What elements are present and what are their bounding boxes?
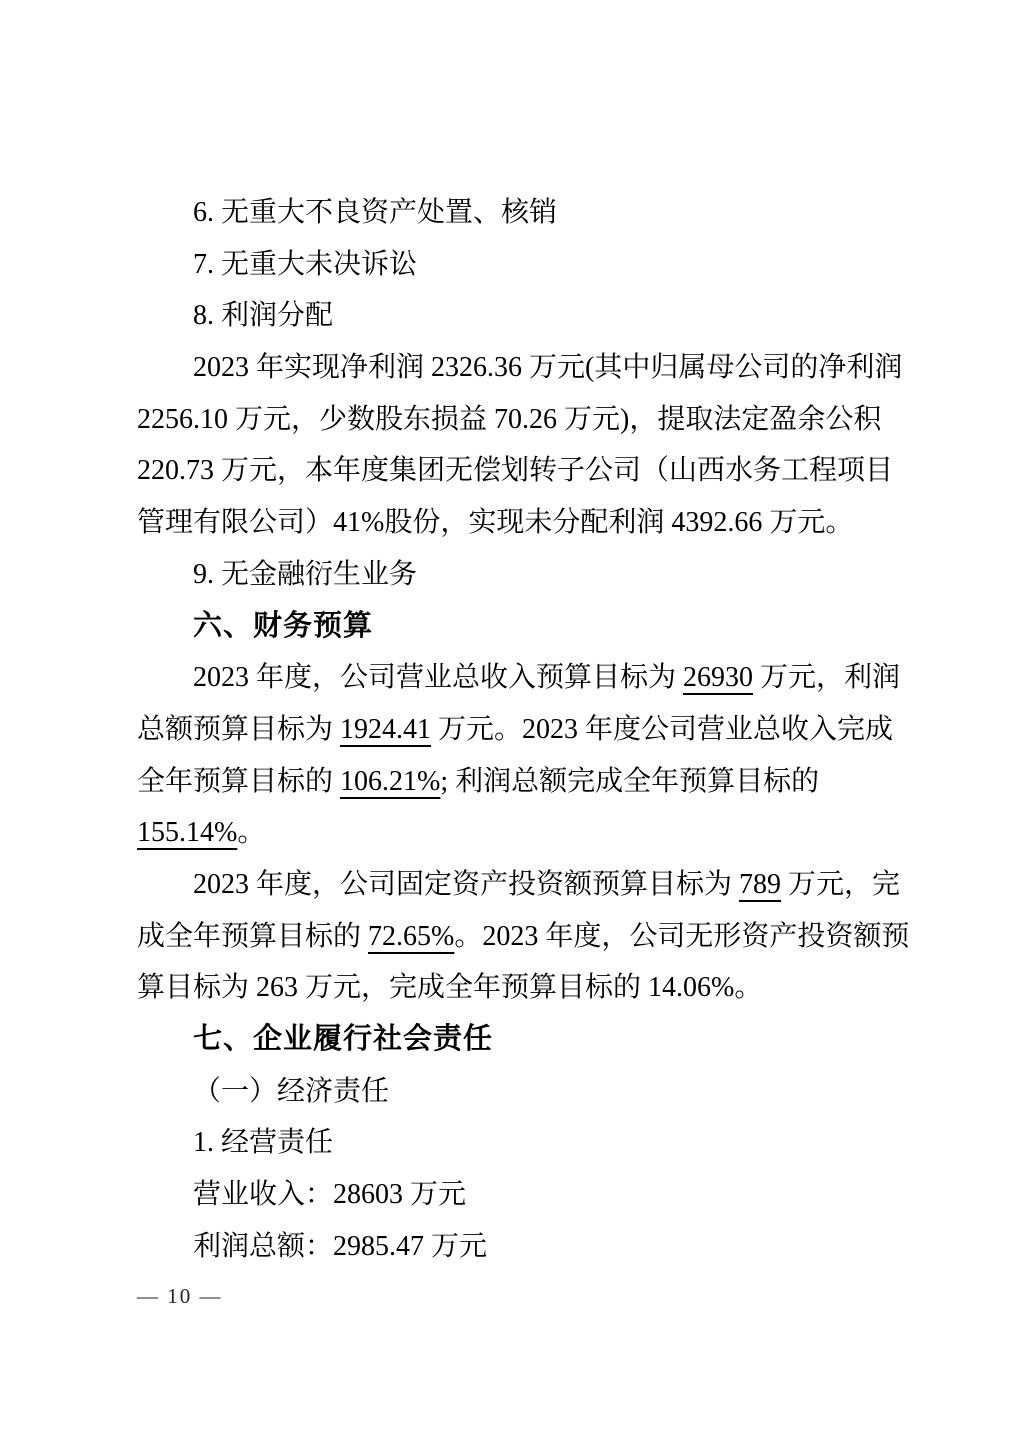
paragraph-budget-invest-line-3: 算目标为 263 万元，完成全年预算目标的 14.06%。 [137,962,907,1014]
operating-revenue-line: 营业收入：28603 万元 [137,1169,907,1221]
underlined-value-fixed-asset-budget: 789 [739,869,781,900]
text-segment: 万元，利润 [753,662,900,693]
underlined-value-profit-budget: 1924.41 [340,714,431,745]
text-segment: 2023 年度，公司固定资产投资额预算目标为 [193,869,739,900]
list-item-6: 6. 无重大不良资产处置、核销 [137,187,907,239]
underlined-value-revenue-completion: 106.21% [340,766,440,797]
paragraph-budget-income-line-3: 全年预算目标的 106.21%; 利润总额完成全年预算目标的 [137,756,907,808]
text-segment: 总额预算目标为 [137,714,340,745]
paragraph-budget-invest-line-1: 2023 年度，公司固定资产投资额预算目标为 789 万元，完 [137,859,907,911]
paragraph-profit-line-2: 2256.10 万元，少数股东损益 70.26 万元)，提取法定盈余公积 [137,394,907,446]
list-item-1-operating-responsibility: 1. 经营责任 [137,1117,907,1169]
document-page: 6. 无重大不良资产处置、核销 7. 无重大未决诉讼 8. 利润分配 2023 … [0,0,1024,1448]
text-segment: 成全年预算目标的 [137,921,368,952]
section-heading-social-responsibility: 七、企业履行社会责任 [137,1014,907,1066]
paragraph-budget-income-line-2: 总额预算目标为 1924.41 万元。2023 年度公司营业总收入完成 [137,704,907,756]
text-segment: 万元，完 [781,869,900,900]
underlined-value-revenue-budget: 26930 [683,662,753,693]
text-segment: 2023 年度，公司营业总收入预算目标为 [193,662,683,693]
section-heading-finance-budget: 六、财务预算 [137,601,907,653]
text-segment: 。 [237,817,265,848]
paragraph-budget-income-line-4: 155.14%。 [137,807,907,859]
list-item-7: 7. 无重大未决诉讼 [137,239,907,291]
text-segment: 万元。2023 年度公司营业总收入完成 [431,714,893,745]
list-item-8: 8. 利润分配 [137,290,907,342]
text-segment: 。2023 年度，公司无形资产投资额预 [454,921,909,952]
text-segment: ; 利润总额完成全年预算目标的 [440,766,819,797]
paragraph-profit-line-1: 2023 年实现净利润 2326.36 万元(其中归属母公司的净利润 [137,342,907,394]
underlined-value-profit-completion: 155.14% [137,817,237,848]
paragraph-profit-line-3: 220.73 万元，本年度集团无偿划转子公司（山西水务工程项目 [137,445,907,497]
paragraph-budget-invest-line-2: 成全年预算目标的 72.65%。2023 年度，公司无形资产投资额预 [137,911,907,963]
document-body: 6. 无重大不良资产处置、核销 7. 无重大未决诉讼 8. 利润分配 2023 … [137,187,907,1272]
list-item-9: 9. 无金融衍生业务 [137,549,907,601]
paragraph-budget-income-line-1: 2023 年度，公司营业总收入预算目标为 26930 万元，利润 [137,652,907,704]
subsection-economic-responsibility: （一）经济责任 [137,1066,907,1118]
text-segment: 全年预算目标的 [137,766,340,797]
page-number-footer: — 10 — [137,1281,223,1311]
total-profit-line: 利润总额：2985.47 万元 [137,1221,907,1273]
underlined-value-fixed-asset-completion: 72.65% [368,921,454,952]
paragraph-profit-line-4: 管理有限公司）41%股份，实现未分配利润 4392.66 万元。 [137,497,907,549]
